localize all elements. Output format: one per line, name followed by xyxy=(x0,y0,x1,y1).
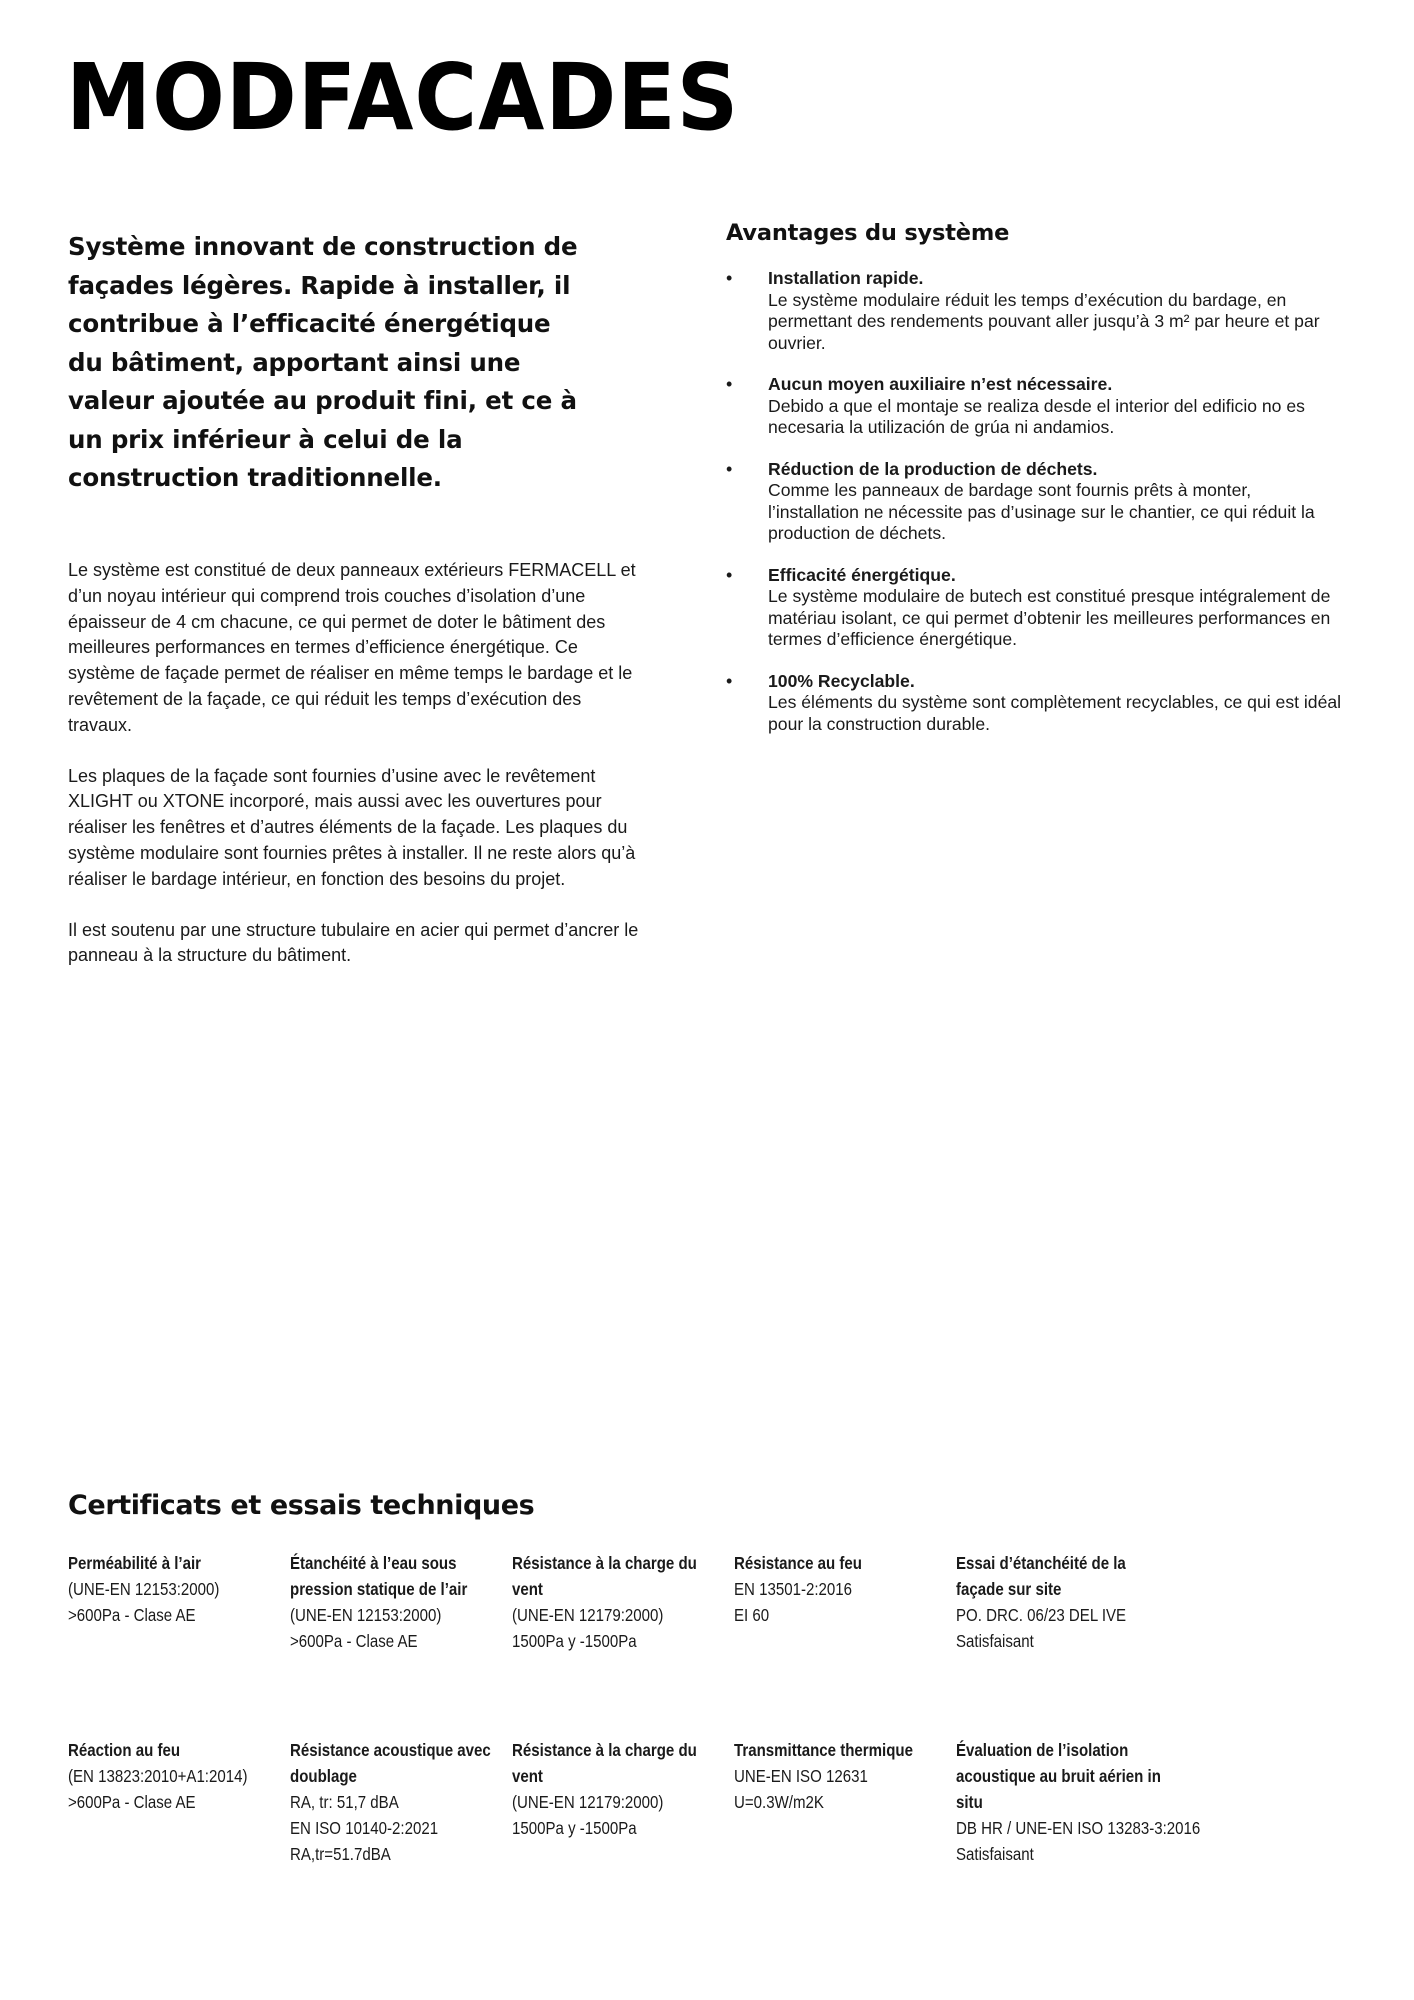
certificate-value: RA,tr=51.7dBA xyxy=(290,1841,471,1867)
certificate-item: Perméabilité à l’air(UNE-EN 12153:2000)>… xyxy=(68,1550,249,1628)
certificate-value: >600Pa - Clase AE xyxy=(290,1628,471,1654)
certificate-title: Résistance acoustique avec doublage xyxy=(290,1737,496,1789)
description-paragraph: Les plaques de la façade sont fournies d… xyxy=(68,764,648,893)
certificate-value: Satisfaisant xyxy=(956,1628,1137,1654)
certificate-value: DB HR / UNE-EN ISO 13283-3:2016 xyxy=(956,1815,1137,1841)
certificate-title: Résistance au feu xyxy=(734,1550,940,1576)
advantage-text: Debido a que el montaje se realiza desde… xyxy=(768,396,1346,439)
certificate-item: Réaction au feu(EN 13823:2010+A1:2014)>6… xyxy=(68,1737,249,1815)
certificate-item: Essai d’étanchéité de la façade sur site… xyxy=(956,1550,1137,1654)
certificate-value: >600Pa - Clase AE xyxy=(68,1789,249,1815)
certificate-item: Étanchéité à l’eau sous pression statiqu… xyxy=(290,1550,471,1654)
advantage-title: Réduction de la production de déchets. xyxy=(768,459,1346,481)
certificate-value: (UNE-EN 12153:2000) xyxy=(290,1602,471,1628)
page-title: MODFACADES xyxy=(66,52,739,144)
certificate-value: (EN 13823:2010+A1:2014) xyxy=(68,1763,249,1789)
advantage-title: Efficacité énergétique. xyxy=(768,565,1346,587)
bullet-icon: • xyxy=(726,374,732,396)
certificate-item: Évaluation de l’isolation acoustique au … xyxy=(956,1737,1137,1867)
certificate-item: Transmittance thermiqueUNE-EN ISO 12631U… xyxy=(734,1737,915,1815)
certificate-value: RA, tr: 51,7 dBA xyxy=(290,1789,471,1815)
advantage-title: 100% Recyclable. xyxy=(768,671,1346,693)
certificate-item: Résistance au feuEN 13501-2:2016EI 60 xyxy=(734,1550,915,1628)
certificate-value: EN ISO 10140-2:2021 xyxy=(290,1815,471,1841)
certificate-title: Résistance à la charge du vent xyxy=(512,1737,718,1789)
bullet-icon: • xyxy=(726,268,732,290)
certificates-heading: Certificats et essais techniques xyxy=(68,1490,534,1521)
advantages-list: • Installation rapide. Le système modula… xyxy=(726,268,1346,735)
certificate-title: Résistance à la charge du vent xyxy=(512,1550,718,1602)
lead-paragraph: Système innovant de construction de faça… xyxy=(68,228,588,498)
certificate-value: (UNE-EN 12153:2000) xyxy=(68,1576,249,1602)
description-column: Le système est constitué de deux panneau… xyxy=(68,558,648,994)
certificate-title: Étanchéité à l’eau sous pression statiqu… xyxy=(290,1550,496,1602)
certificate-title: Perméabilité à l’air xyxy=(68,1550,274,1576)
description-paragraph: Le système est constitué de deux panneau… xyxy=(68,558,648,739)
description-paragraph: Il est soutenu par une structure tubulai… xyxy=(68,918,648,970)
advantage-item: • 100% Recyclable. Les éléments du systè… xyxy=(726,671,1346,736)
certificate-value: U=0.3W/m2K xyxy=(734,1789,915,1815)
advantages-heading: Avantages du système xyxy=(726,220,1346,246)
certificate-value: EN 13501-2:2016 xyxy=(734,1576,915,1602)
certificate-value: (UNE-EN 12179:2000) xyxy=(512,1602,693,1628)
advantage-title: Installation rapide. xyxy=(768,268,1346,290)
certificate-value: (UNE-EN 12179:2000) xyxy=(512,1789,693,1815)
advantage-text: Le système modulaire de butech est const… xyxy=(768,586,1346,651)
certificate-value: 1500Pa y -1500Pa xyxy=(512,1628,693,1654)
certificate-value: PO. DRC. 06/23 DEL IVE xyxy=(956,1602,1137,1628)
bullet-icon: • xyxy=(726,565,732,587)
certificate-value: 1500Pa y -1500Pa xyxy=(512,1815,693,1841)
certificate-item: Résistance à la charge du vent(UNE-EN 12… xyxy=(512,1737,693,1841)
bullet-icon: • xyxy=(726,671,732,693)
certificate-item: Résistance acoustique avec doublageRA, t… xyxy=(290,1737,471,1867)
certificate-title: Transmittance thermique xyxy=(734,1737,940,1763)
bullet-icon: • xyxy=(726,459,732,481)
certificate-title: Essai d’étanchéité de la façade sur site xyxy=(956,1550,1162,1602)
certificate-item: Résistance à la charge du vent(UNE-EN 12… xyxy=(512,1550,693,1654)
advantage-text: Le système modulaire réduit les temps d’… xyxy=(768,290,1346,355)
certificate-value: EI 60 xyxy=(734,1602,915,1628)
advantage-title: Aucun moyen auxiliaire n’est nécessaire. xyxy=(768,374,1346,396)
certificate-value: UNE-EN ISO 12631 xyxy=(734,1763,915,1789)
advantage-item: • Aucun moyen auxiliaire n’est nécessair… xyxy=(726,374,1346,439)
advantage-text: Comme les panneaux de bardage sont fourn… xyxy=(768,480,1346,545)
certificate-value: >600Pa - Clase AE xyxy=(68,1602,249,1628)
advantage-item: • Efficacité énergétique. Le système mod… xyxy=(726,565,1346,651)
advantage-item: • Installation rapide. Le système modula… xyxy=(726,268,1346,354)
advantage-text: Les éléments du système sont complètemen… xyxy=(768,692,1346,735)
certificate-value: Satisfaisant xyxy=(956,1841,1137,1867)
certificate-title: Réaction au feu xyxy=(68,1737,274,1763)
advantages-section: Avantages du système • Installation rapi… xyxy=(726,220,1346,755)
certificate-title: Évaluation de l’isolation acoustique au … xyxy=(956,1737,1162,1815)
advantage-item: • Réduction de la production de déchets.… xyxy=(726,459,1346,545)
